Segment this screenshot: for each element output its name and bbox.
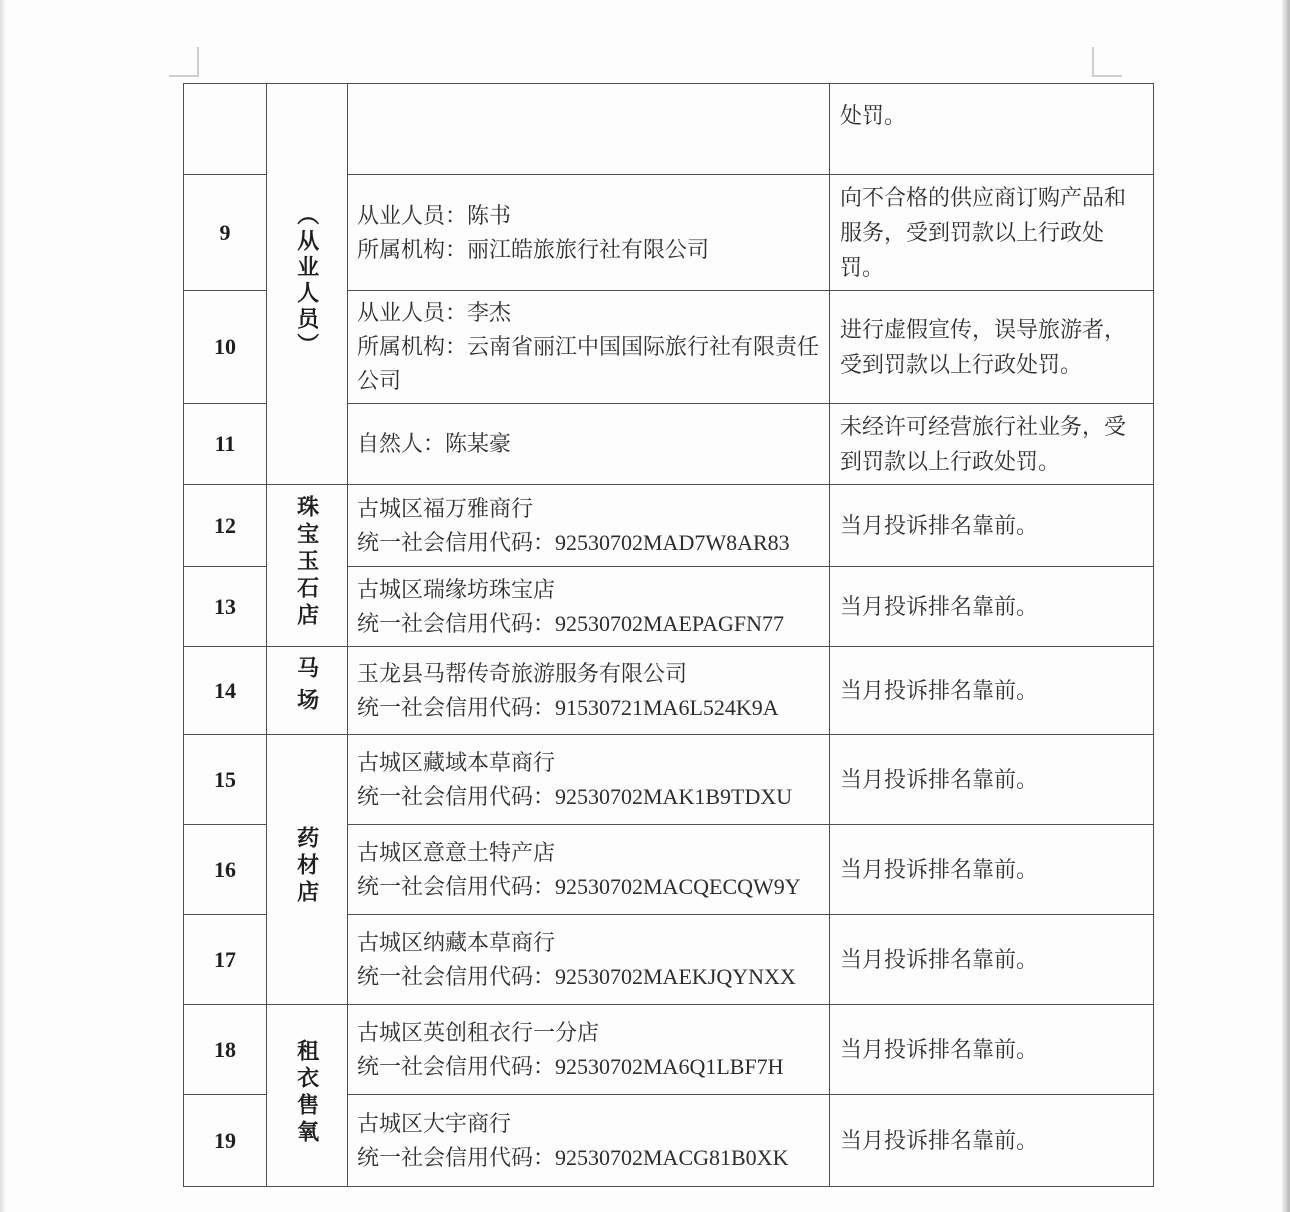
reason-cell: 未经许可经营旅行社业务，受到罚款以上行政处罚。 — [830, 404, 1154, 485]
document-page: { "document": { "table": { "categories":… — [0, 0, 1290, 1212]
page-margin-corner-mark-left — [169, 47, 199, 77]
entity-cell: 古城区瑞缘坊珠宝店 统一社会信用代码：92530702MAEPAGFN77 — [348, 567, 830, 647]
table-row: 14 马场 玉龙县马帮传奇旅游服务有限公司 统一社会信用代码：91530721M… — [184, 647, 1154, 735]
entity-line: 古城区福万雅商行 — [357, 492, 821, 526]
entity-line: 古城区藏域本草商行 — [357, 746, 821, 780]
entity-line: 古城区瑞缘坊珠宝店 — [357, 573, 821, 607]
page-margin-corner-mark-right — [1092, 47, 1122, 77]
entity-line: 古城区意意土特产店 — [357, 836, 821, 870]
entity-cell: 古城区大宇商行 统一社会信用代码：92530702MACG81B0XK — [348, 1095, 830, 1187]
entity-line: 统一社会信用代码：92530702MA6Q1LBF7H — [357, 1050, 821, 1084]
entity-line: 统一社会信用代码：92530702MACQECQW9Y — [357, 870, 821, 904]
row-number-cell: 10 — [184, 291, 267, 404]
row-number-cell: 17 — [184, 915, 267, 1005]
entity-cell: 古城区藏域本草商行 统一社会信用代码：92530702MAK1B9TDXU — [348, 735, 830, 825]
entity-line: 从业人员：陈书 — [357, 199, 821, 233]
row-number-cell: 19 — [184, 1095, 267, 1187]
category-label: 租衣售氧 — [294, 1039, 319, 1147]
category-cell-clothing-oxygen: 租衣售氧 — [267, 1005, 348, 1187]
entity-cell — [348, 84, 830, 175]
reason-cell: 当月投诉排名靠前。 — [830, 825, 1154, 915]
category-cell-medicine: 药材店 — [267, 735, 348, 1005]
reason-cell: 当月投诉排名靠前。 — [830, 647, 1154, 735]
entity-line: 统一社会信用代码：91530721MA6L524K9A — [357, 691, 821, 725]
row-number-cell: 12 — [184, 485, 267, 567]
entity-cell: 自然人：陈某豪 — [348, 404, 830, 485]
reason-cell: 当月投诉排名靠前。 — [830, 1095, 1154, 1187]
category-label: 马场 — [294, 656, 319, 720]
row-number-cell: 13 — [184, 567, 267, 647]
entity-line: 统一社会信用代码：92530702MAEKJQYNXX — [357, 960, 821, 994]
category-cell-horse-ranch: 马场 — [267, 647, 348, 735]
entity-cell: 从业人员：陈书 所属机构：丽江皓旅旅行社有限公司 — [348, 175, 830, 291]
entity-cell: 古城区意意土特产店 统一社会信用代码：92530702MACQECQW9Y — [348, 825, 830, 915]
reason-cell: 向不合格的供应商订购产品和服务，受到罚款以上行政处罚。 — [830, 175, 1154, 291]
entity-line: 玉龙县马帮传奇旅游服务有限公司 — [357, 657, 821, 691]
entity-line: 统一社会信用代码：92530702MAEPAGFN77 — [357, 607, 821, 641]
table-row: （从业人员） 处罚。 — [184, 84, 1154, 175]
entity-line: 从业人员：李杰 — [357, 296, 821, 330]
entity-line: 所属机构：丽江皓旅旅行社有限公司 — [357, 233, 821, 267]
entity-cell: 古城区英创租衣行一分店 统一社会信用代码：92530702MA6Q1LBF7H — [348, 1005, 830, 1095]
reason-cell: 进行虚假宣传，误导旅游者，受到罚款以上行政处罚。 — [830, 291, 1154, 404]
page-right-edge — [1282, 0, 1290, 1212]
entity-cell: 从业人员：李杰 所属机构：云南省丽江中国国际旅行社有限责任公司 — [348, 291, 830, 404]
row-number-cell — [184, 84, 267, 175]
row-number-cell: 15 — [184, 735, 267, 825]
category-cell-practitioners: （从业人员） — [267, 84, 348, 485]
row-number-cell: 14 — [184, 647, 267, 735]
entity-line: 古城区大宇商行 — [357, 1107, 821, 1141]
reason-cell: 当月投诉排名靠前。 — [830, 915, 1154, 1005]
row-number-cell: 11 — [184, 404, 267, 485]
entity-cell: 古城区福万雅商行 统一社会信用代码：92530702MAD7W8AR83 — [348, 485, 830, 567]
reason-cell: 当月投诉排名靠前。 — [830, 567, 1154, 647]
reason-cell: 处罚。 — [830, 84, 1154, 175]
category-label: （从业人员） — [294, 203, 319, 359]
entity-cell: 玉龙县马帮传奇旅游服务有限公司 统一社会信用代码：91530721MA6L524… — [348, 647, 830, 735]
category-cell-jewelry: 珠宝玉石店 — [267, 485, 348, 647]
category-label: 药材店 — [294, 826, 319, 907]
reason-cell: 当月投诉排名靠前。 — [830, 485, 1154, 567]
row-number-cell: 9 — [184, 175, 267, 291]
entity-line: 古城区英创租衣行一分店 — [357, 1016, 821, 1050]
table-row: 12 珠宝玉石店 古城区福万雅商行 统一社会信用代码：92530702MAD7W… — [184, 485, 1154, 567]
entity-line: 统一社会信用代码：92530702MAK1B9TDXU — [357, 780, 821, 814]
entity-line: 所属机构：云南省丽江中国国际旅行社有限责任公司 — [357, 330, 821, 398]
page-left-edge — [0, 0, 6, 1212]
category-label: 珠宝玉石店 — [294, 495, 319, 630]
entity-line: 自然人：陈某豪 — [357, 427, 821, 461]
penalty-table: （从业人员） 处罚。 9 从业人员：陈书 所属机构：丽江皓旅旅行社有限公司 向不… — [183, 83, 1154, 1187]
table-row: 15 药材店 古城区藏域本草商行 统一社会信用代码：92530702MAK1B9… — [184, 735, 1154, 825]
table-row: 18 租衣售氧 古城区英创租衣行一分店 统一社会信用代码：92530702MA6… — [184, 1005, 1154, 1095]
reason-cell: 当月投诉排名靠前。 — [830, 735, 1154, 825]
row-number-cell: 18 — [184, 1005, 267, 1095]
reason-cell: 当月投诉排名靠前。 — [830, 1005, 1154, 1095]
entity-line: 古城区纳藏本草商行 — [357, 926, 821, 960]
row-number-cell: 16 — [184, 825, 267, 915]
entity-line: 统一社会信用代码：92530702MACG81B0XK — [357, 1141, 821, 1175]
entity-line: 统一社会信用代码：92530702MAD7W8AR83 — [357, 526, 821, 560]
entity-cell: 古城区纳藏本草商行 统一社会信用代码：92530702MAEKJQYNXX — [348, 915, 830, 1005]
